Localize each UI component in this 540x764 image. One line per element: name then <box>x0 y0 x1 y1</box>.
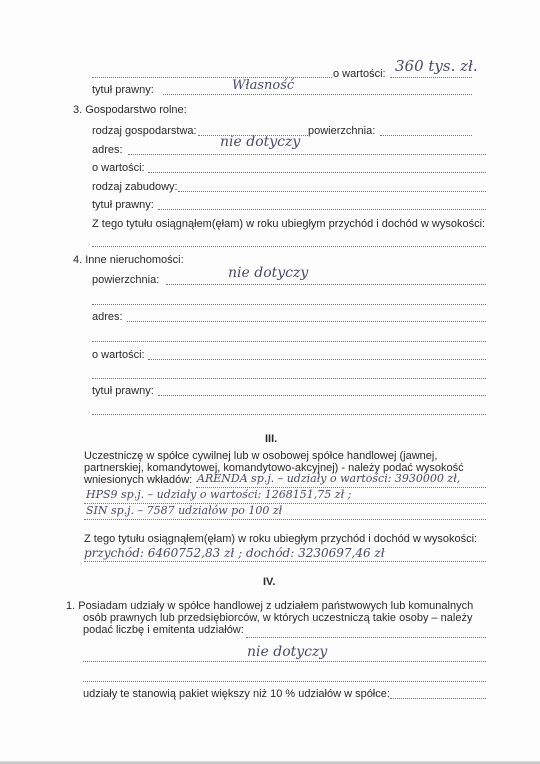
value-label-4: o wartości: <box>92 348 145 362</box>
legal-title-label-4: tytuł prawny: <box>92 384 154 398</box>
part-IV-numeral: IV. <box>263 576 275 588</box>
part-IV-item1-3: podać liczbę i emitenta udziałów: <box>83 624 244 637</box>
address-field[interactable] <box>128 153 486 155</box>
value-dots-field <box>92 76 332 78</box>
legal-title-field-4[interactable] <box>158 394 486 396</box>
legal-title-label: tytuł prawny: <box>92 83 154 97</box>
legal-title-label-3: tytuł prawny: <box>92 198 154 212</box>
section-3-heading: 3. Gospodarstwo rolne: <box>73 103 187 117</box>
value-field-4[interactable] <box>148 358 486 360</box>
area-field[interactable] <box>380 134 472 136</box>
legal-title-field[interactable] <box>163 93 472 95</box>
over-10-label: udziały te stanowią pakiet większy niż 1… <box>83 687 390 701</box>
buildings-label: rodzaj zabudowy: <box>92 180 178 194</box>
area-label-4: powierzchnia: <box>92 273 159 287</box>
address-label-4: adres: <box>92 310 123 324</box>
value-field-3[interactable] <box>148 171 486 173</box>
part-III-numeral: III. <box>265 433 277 445</box>
shares-field-1[interactable] <box>246 636 486 638</box>
address-field-4-cont[interactable] <box>92 340 486 342</box>
shares-field-3[interactable] <box>83 680 486 682</box>
farm-type-label: rodzaj gospodarstwa: <box>92 124 197 138</box>
area-label: powierzchnia: <box>308 124 375 138</box>
shares-field-2[interactable] <box>83 660 486 662</box>
income-field-3[interactable] <box>92 245 486 247</box>
part-III-text-3: wniesionych wkładów: <box>84 474 192 487</box>
area-handwritten-4: nie dotyczy <box>228 265 308 281</box>
address-label: adres: <box>92 143 123 157</box>
contributions-handwritten-2: HPS9 sp.j. – udziały o wartości: 1268151… <box>86 487 351 503</box>
contributions-handwritten-1: ARENDA sp.j. – udziały o wartości: 39300… <box>197 471 460 487</box>
buildings-field[interactable] <box>178 190 486 192</box>
income-handwritten-III: przychód: 6460752,83 zł ; dochód: 323069… <box>84 545 385 561</box>
address-handwritten: nie dotyczy <box>220 134 300 150</box>
value-field[interactable] <box>390 76 472 78</box>
area-field-4-cont[interactable] <box>92 303 486 305</box>
shares-handwritten: nie dotyczy <box>247 644 327 660</box>
income-label-III: Z tego tytułu osiągnąłem(ęłam) w roku ub… <box>84 532 477 546</box>
over-10-field[interactable] <box>390 697 486 699</box>
value-label: o wartości: <box>333 67 386 81</box>
legal-title-field-3[interactable] <box>158 208 486 210</box>
area-field-4[interactable] <box>166 283 486 285</box>
section-4-heading: 4. Inne nieruchomości: <box>73 253 184 267</box>
value-label-3: o wartości: <box>92 161 145 175</box>
legal-title-field-4-cont[interactable] <box>92 413 486 415</box>
legal-title-handwritten: Własność <box>232 78 294 94</box>
income-label-3: Z tego tytułu osiągnąłem(ęłam) w roku ub… <box>92 217 485 231</box>
contributions-handwritten-3: SIN sp.j. – 7587 udziałów po 100 zł <box>86 503 282 519</box>
address-field-4[interactable] <box>127 320 486 322</box>
value-handwritten: 360 tys. zł. <box>395 58 478 74</box>
value-field-4-cont[interactable] <box>92 377 486 379</box>
